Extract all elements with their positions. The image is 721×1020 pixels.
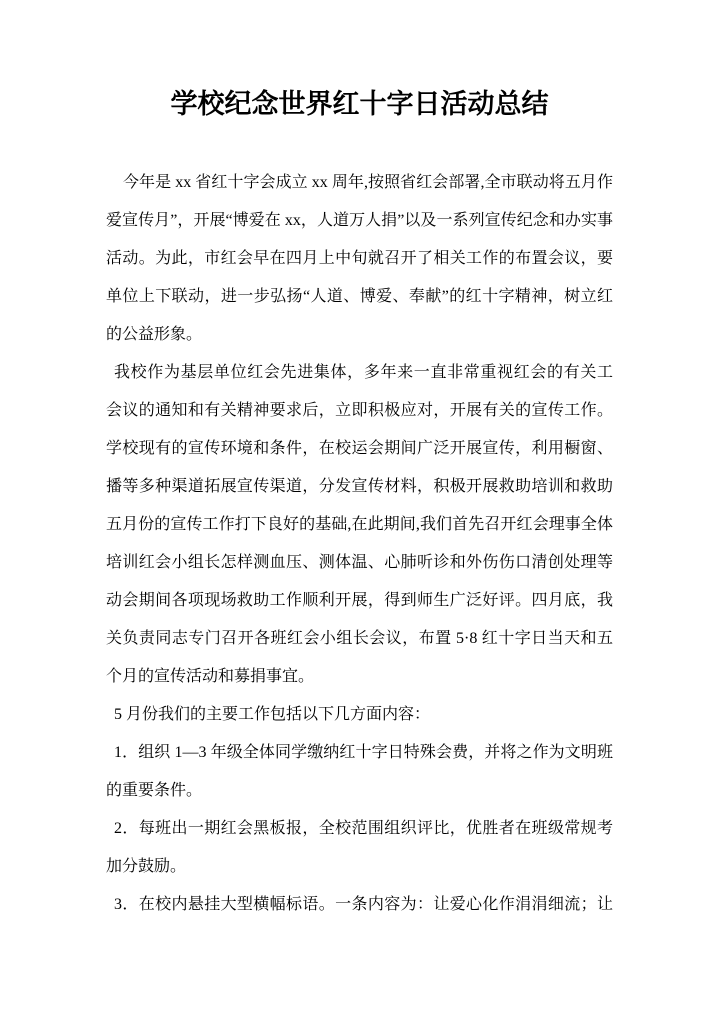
document-title: 学校纪念世界红十字日活动总结 <box>106 86 613 122</box>
text-line: 加分鼓励。 <box>106 848 613 886</box>
paragraph: 2．每班出一期红会黑板报，全校范围组织评比，优胜者在班级常规考评中予以加分鼓励。 <box>106 810 613 886</box>
document-body: 今年是 xx 省红十字会成立 xx 周年,按照省红会部署,全市联动将五月作为“博… <box>106 164 613 924</box>
text-line: 今年是 xx 省红十字会成立 xx 周年,按照省红会部署,全市联动将五月作为“博 <box>106 164 613 202</box>
text-line: 我校作为基层单位红会先进集体，多年来一直非常重视红会的有关工作，接到 <box>106 354 613 392</box>
text-line: 活动。为此，市红会早在四月上中旬就召开了相关工作的布置会议，要求全市各 <box>106 240 613 278</box>
text-line: 关负责同志专门召开各班红会小组长会议，布置 5·8 红十字日当天和五月份整 <box>106 620 613 658</box>
text-line: 播等多种渠道拓展宣传渠道，分发宣传材料，积极开展救助培训和救助活动，为 <box>106 468 613 506</box>
text-line: 2．每班出一期红会黑板报，全校范围组织评比，优胜者在班级常规考评中予以 <box>106 810 613 848</box>
text-line: 动会期间各项现场救助工作顺利开展，得到师生广泛好评。四月底，我校工会有 <box>106 582 613 620</box>
paragraph: 我校作为基层单位红会先进集体，多年来一直非常重视红会的有关工作，接到会议的通知和… <box>106 354 613 696</box>
text-line: 爱宣传月”，开展“博爱在 xx，人道万人捐”以及一系列宣传纪念和办实事的 <box>106 202 613 240</box>
text-line: 会议的通知和有关精神要求后，立即积极应对，开展有关的宣传工作。充分利用 <box>106 392 613 430</box>
text-line: 个月的宣传活动和募捐事宜。 <box>106 658 613 696</box>
text-line: 3．在校内悬挂大型横幅标语。一条内容为：让爱心化作涓涓细流；让红十字精 <box>106 886 613 924</box>
document-page: 学校纪念世界红十字日活动总结 今年是 xx 省红十字会成立 xx 周年,按照省红… <box>0 0 721 1020</box>
paragraph: 3．在校内悬挂大型横幅标语。一条内容为：让爱心化作涓涓细流；让红十字精 <box>106 886 613 924</box>
document-content: 学校纪念世界红十字日活动总结 今年是 xx 省红十字会成立 xx 周年,按照省红… <box>106 86 613 924</box>
text-line: 1．组织 1—3 年级全体同学缴纳红十字日特殊会费，并将之作为文明班级评选 <box>106 734 613 772</box>
text-line: 学校现有的宣传环境和条件，在校运会期间广泛开展宣传，利用橱窗、标语、广 <box>106 430 613 468</box>
paragraph: 5 月份我们的主要工作包括以下几方面内容： <box>106 696 613 734</box>
text-line: 5 月份我们的主要工作包括以下几方面内容： <box>106 696 613 734</box>
text-line: 培训红会小组长怎样测血压、测体温、心肺听诊和外伤伤口清创处理等内容，运 <box>106 544 613 582</box>
text-line: 单位上下联动，进一步弘扬“人道、博爱、奉献”的红十字精神，树立红十字会 <box>106 278 613 316</box>
text-line: 的重要条件。 <box>106 772 613 810</box>
text-line: 五月份的宣传工作打下良好的基础,在此期间,我们首先召开红会理事全体会议， <box>106 506 613 544</box>
paragraph: 1．组织 1—3 年级全体同学缴纳红十字日特殊会费，并将之作为文明班级评选的重要… <box>106 734 613 810</box>
paragraph: 今年是 xx 省红十字会成立 xx 周年,按照省红会部署,全市联动将五月作为“博… <box>106 164 613 354</box>
text-line: 的公益形象。 <box>106 316 613 354</box>
